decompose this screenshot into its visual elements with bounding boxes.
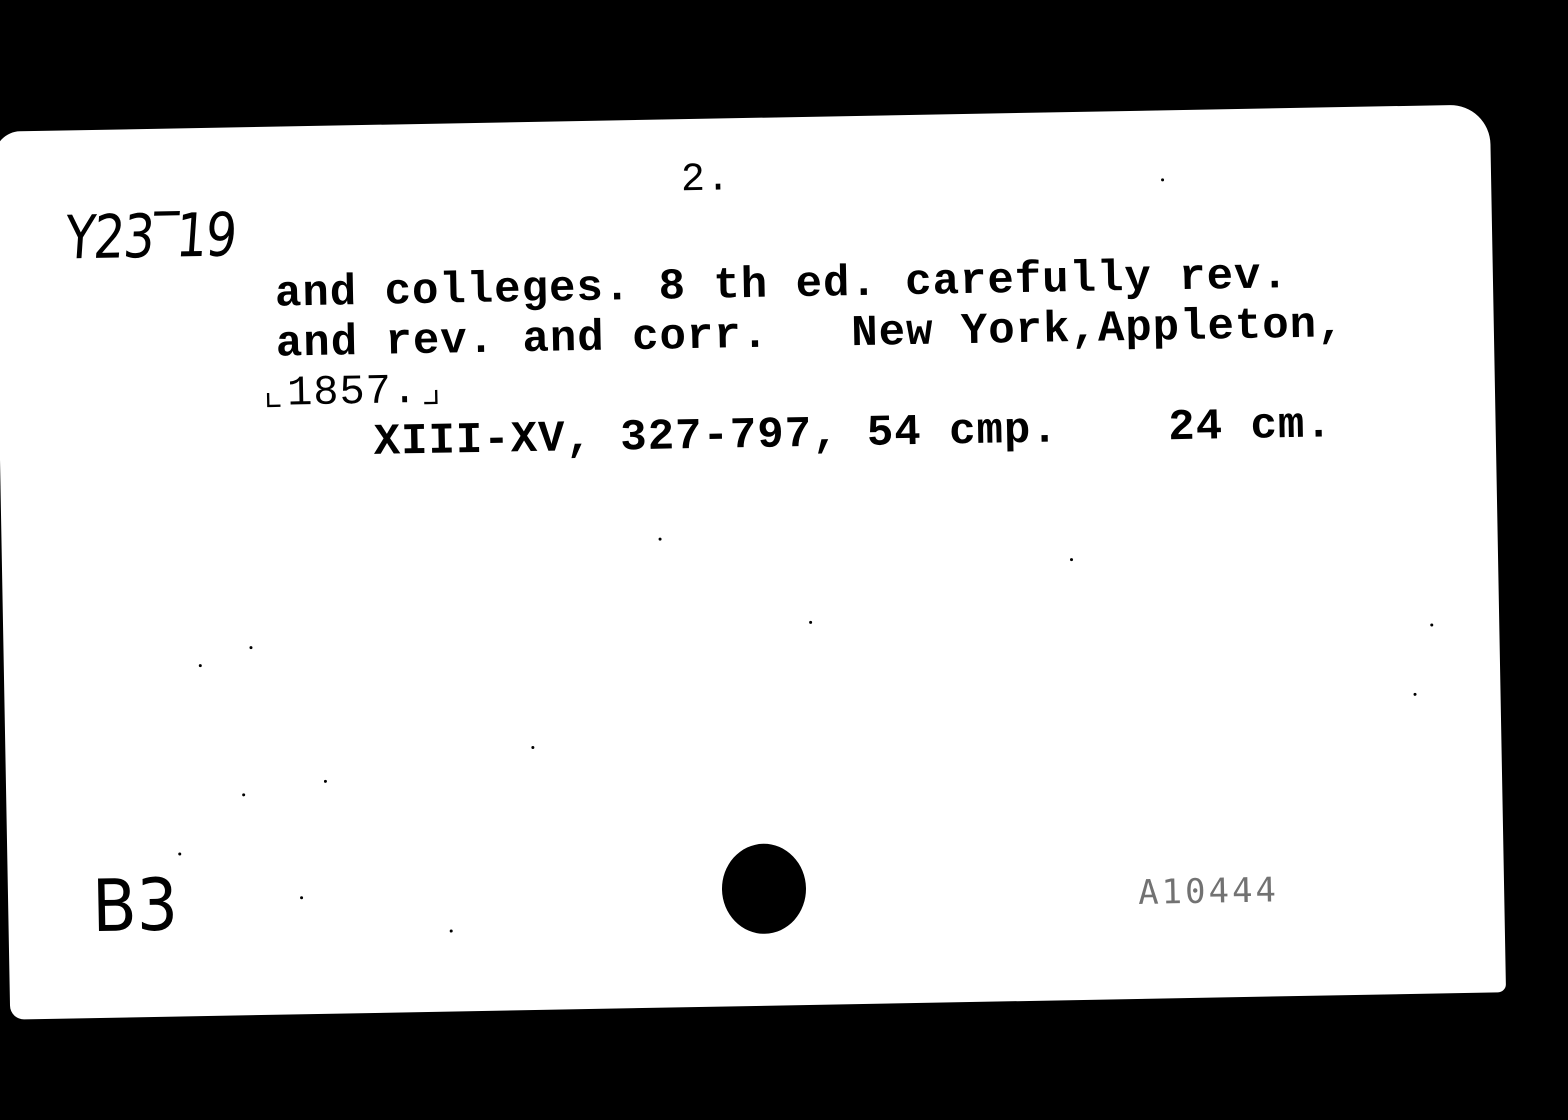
catalog-card: 2. Y23‾19 and colleges. 8 th ed. careful… bbox=[0, 104, 1506, 1019]
speck bbox=[1414, 693, 1417, 696]
speck bbox=[249, 646, 252, 649]
speck bbox=[450, 930, 453, 933]
speck bbox=[300, 896, 303, 899]
speck bbox=[531, 746, 534, 749]
speck bbox=[1070, 558, 1073, 561]
imprint-year: ⌞1857.⌟ bbox=[260, 370, 444, 415]
card-sequence-number: 2. bbox=[681, 160, 732, 201]
call-number: Y23‾19 bbox=[63, 205, 237, 268]
handwritten-location-mark: B3 bbox=[92, 869, 179, 943]
speck bbox=[659, 538, 662, 541]
speck bbox=[178, 852, 181, 855]
collation-line: XIII-XV, 327-797, 54 cmp. 24 cm. bbox=[373, 403, 1333, 465]
punch-hole bbox=[721, 843, 807, 935]
speck bbox=[242, 793, 245, 796]
speck bbox=[1161, 178, 1164, 181]
speck bbox=[1430, 623, 1433, 626]
accession-stamp: A10444 bbox=[1138, 870, 1280, 913]
speck bbox=[809, 621, 812, 624]
speck bbox=[199, 664, 202, 667]
speck bbox=[324, 780, 327, 783]
